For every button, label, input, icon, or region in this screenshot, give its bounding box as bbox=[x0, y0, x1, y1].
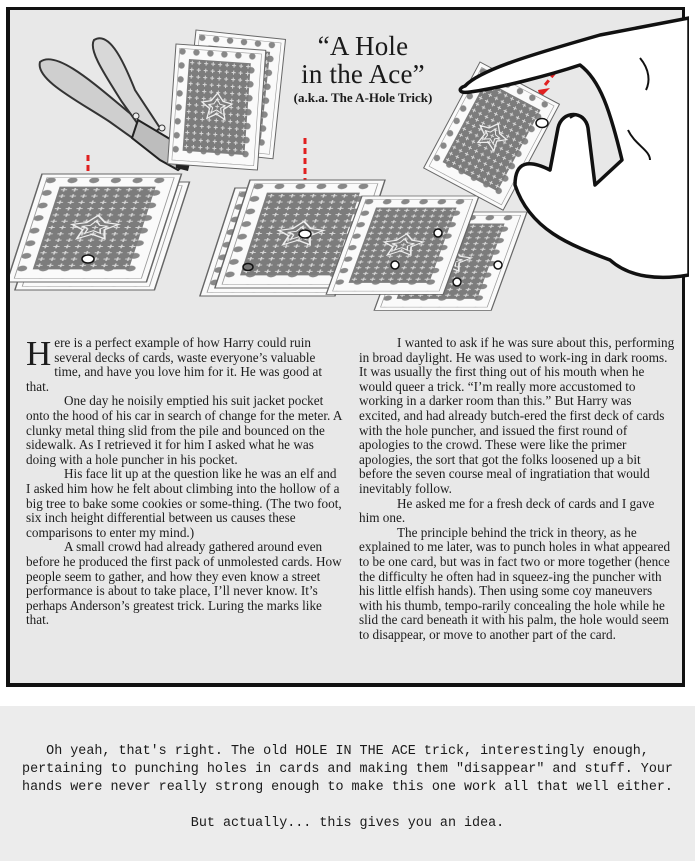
paragraph: The principle behind the trick in theory… bbox=[359, 526, 676, 643]
paragraph: One day he noisily emptied his suit jack… bbox=[26, 394, 343, 467]
paragraph: A small crowd had already gathered aroun… bbox=[26, 540, 343, 628]
drop-cap: H bbox=[26, 339, 51, 367]
article-title: “A Hole in the Ace” (a.k.a. The A-Hole T… bbox=[258, 32, 468, 106]
article-body: Here is a perfect example of how Harry c… bbox=[26, 336, 676, 642]
article-subtitle: (a.k.a. The A-Hole Trick) bbox=[258, 90, 468, 106]
narration-text-followup: But actually... this gives you an idea. bbox=[0, 815, 695, 833]
narration-box: Oh yeah, that's right. The old HOLE IN T… bbox=[0, 706, 695, 861]
narration-text: Oh yeah, that's right. The old HOLE IN T… bbox=[0, 743, 695, 797]
title-line-1: “A Hole bbox=[258, 32, 468, 60]
left-column: Here is a perfect example of how Harry c… bbox=[26, 336, 343, 642]
hole-puncher-image bbox=[40, 38, 190, 171]
paragraph: His face lit up at the question like he … bbox=[26, 467, 343, 540]
paragraph: He asked me for a fresh deck of cards an… bbox=[359, 497, 676, 526]
article-panel: “A Hole in the Ace” (a.k.a. The A-Hole T… bbox=[6, 7, 685, 687]
right-column: I wanted to ask if he was sure about thi… bbox=[359, 336, 676, 642]
paragraph: Here is a perfect example of how Harry c… bbox=[26, 336, 343, 394]
title-line-2: in the Ace” bbox=[258, 60, 468, 88]
paragraph: I wanted to ask if he was sure about thi… bbox=[359, 336, 676, 497]
